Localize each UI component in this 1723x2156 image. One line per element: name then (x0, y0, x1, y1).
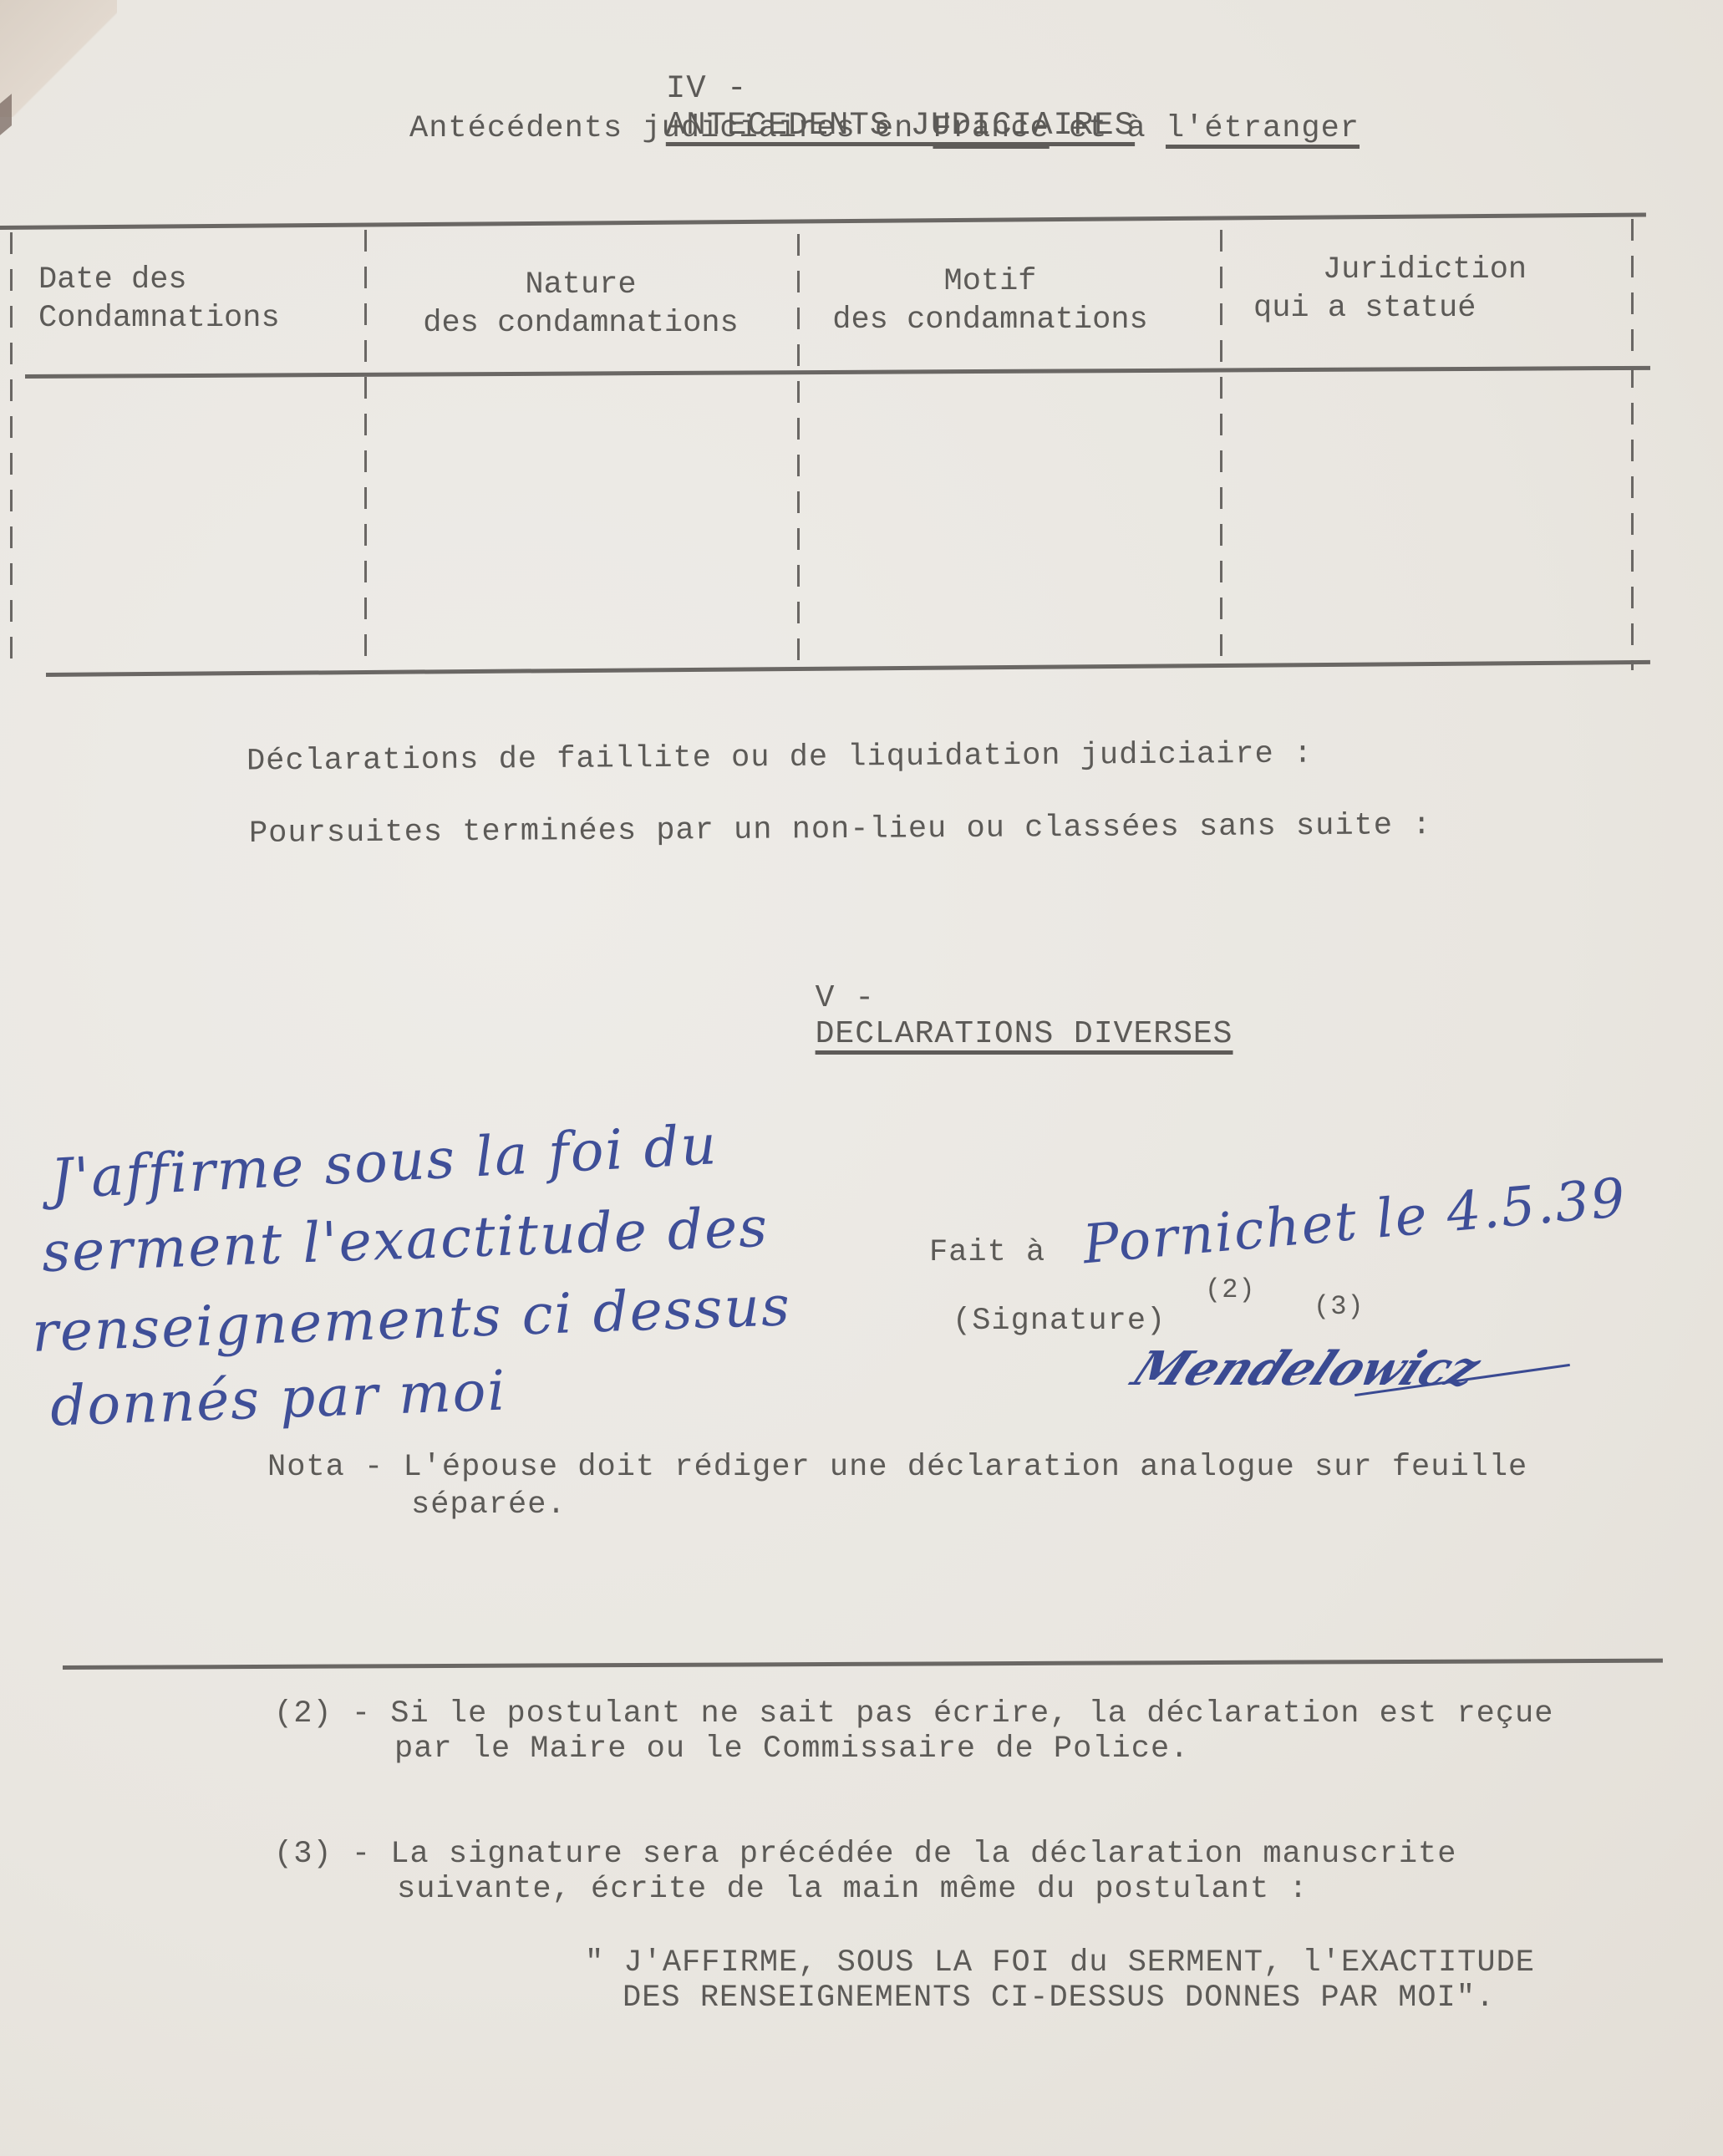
subtitle-text-2: et à (1050, 111, 1166, 146)
section-iv-number: IV - (666, 70, 748, 107)
table-header-date: Date desCondamnations (38, 261, 280, 338)
subtitle-text: Antécédents judiciaires en (409, 111, 933, 146)
footnote-ref-3: (3) (1314, 1291, 1365, 1322)
section-v-number: V - (816, 980, 875, 1016)
required-formula-line-1: " J'AFFIRME, SOUS LA FOI du SERMENT, l'E… (585, 1945, 1535, 1981)
header-line: des condamnations (397, 304, 765, 343)
subtitle-france: France (933, 111, 1050, 146)
header-line: qui a statué (1249, 289, 1600, 328)
column-separator (797, 234, 800, 664)
column-separator (1631, 219, 1634, 670)
header-line: Condamnations (38, 299, 280, 338)
footnote-text: Si le postulant ne sait pas écrire, la d… (390, 1696, 1553, 1731)
section-iv-subtitle: Antécédents judiciaires en France et à l… (409, 111, 1360, 146)
header-line: Date des (38, 261, 280, 299)
subtitle-etranger: l'étranger (1166, 111, 1360, 146)
footnote-line: (2) - Si le postulant ne sait pas écrire… (274, 1696, 1553, 1731)
folded-page-corner (0, 0, 117, 117)
header-line: des condamnations (806, 301, 1174, 339)
column-separator (1220, 230, 1222, 656)
section-v-title: DECLARATIONS DIVERSES (816, 1016, 1233, 1052)
header-line: Juridiction (1249, 251, 1600, 289)
footnote-line: (3) - La signature sera précédée de la d… (274, 1837, 1456, 1872)
table-header-motif: Motifdes condamnations (806, 262, 1174, 339)
table-header-nature: Naturedes condamnations (397, 266, 765, 343)
nota-line: L'épouse doit rédiger une déclaration an… (403, 1450, 1527, 1485)
date-prefix: le (1374, 1184, 1431, 1250)
nota-block: Nota - L'épouse doit rédiger une déclara… (267, 1450, 1527, 1485)
nota-line-2: séparée. (411, 1487, 567, 1523)
footnote-line-2: suivante, écrite de la main même du post… (397, 1872, 1309, 1907)
fait-a-label: Fait à (929, 1235, 1045, 1270)
table-header-juridiction: Juridictionqui a statué (1249, 251, 1600, 328)
section-v-heading: V - DECLARATIONS DIVERSES (775, 944, 1233, 1052)
header-line: Motif (806, 262, 1174, 301)
footnote-ref: (2) - (274, 1696, 371, 1731)
signature: Mendelowicz (1124, 1341, 1490, 1396)
footnote-ref: (3) - (274, 1837, 371, 1872)
column-separator (364, 230, 367, 669)
nota-label: Nota - (267, 1450, 384, 1485)
column-separator (10, 232, 13, 667)
faillite-label: Déclarations de faillite ou de liquidati… (247, 737, 1313, 780)
footnote-text: La signature sera précédée de la déclara… (390, 1837, 1456, 1872)
signature-label: (Signature) (953, 1304, 1166, 1339)
required-formula-line-2: DES RENSEIGNEMENTS CI-DESSUS DONNES PAR … (623, 1981, 1495, 2016)
footnote-line-2: par le Maire ou le Commissaire de Police… (394, 1731, 1189, 1767)
header-line: Nature (397, 266, 765, 304)
footnote-ref-2: (2) (1205, 1274, 1256, 1305)
